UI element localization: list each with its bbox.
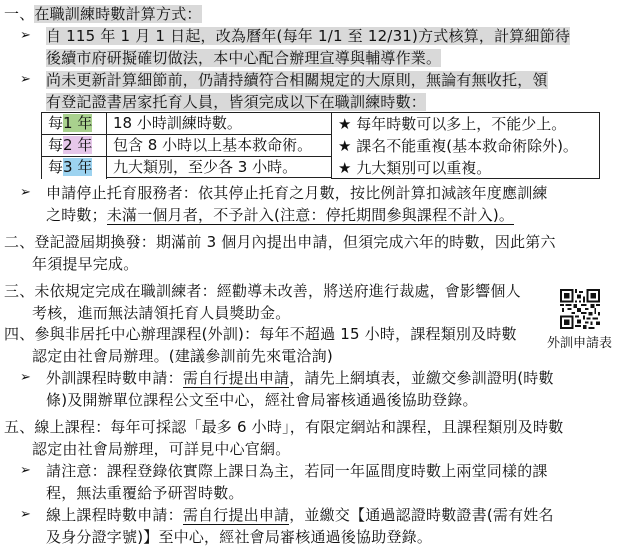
section-5-line: 認定由社會局辦理，可詳見中心官網。 [32, 438, 290, 460]
note-item: ★ 課名不能重複(基本救命術除外)。 [338, 135, 599, 157]
bullet-arrow-icon: ➢ [20, 504, 31, 526]
section-4-line: 認定由社會局辦理。(建議參訓前先來電洽詢) [32, 345, 333, 367]
section-4-line: 四、參與非居托中心辦理課程(外訓)：每年不超過 15 小時，課程類別及時數 [4, 323, 517, 345]
section-1-heading: 一、在職訓練時數計算方式： [4, 3, 202, 25]
section-2-line: 二、登記證屆期換發：期滿前 3 個月內提出申請，但須完成六年的時數，因此第六 [4, 231, 556, 253]
paragraph-line: 外訓課程時數申請：需自行提出申請，請先上網填表，並繳交參訓證明(時數 [46, 367, 554, 389]
paragraph-line: 申請停止托育服務者：依其停止托育之月數，按比例計算扣減該年度應訓練 [46, 182, 548, 204]
section-title: 在職訓練時數計算方式： [34, 5, 201, 23]
requirement-cell: 九大類別，至少各 3 小時。 [106, 156, 332, 178]
section-3-line: 三、未依規定完成在職訓練者：經勸導未改善，將送府進行裁處，會影響個人 [4, 280, 521, 302]
section-5-line: 五、線上課程：每年可採認「最多 6 小時」，有限定網站和課程，且課程類別及時數 [4, 416, 563, 438]
paragraph-line: 尚未更新計算細節前，仍請持續符合相關規定的大原則，無論有無收托，領 [46, 69, 548, 91]
years-cell: 每2 年 [41, 134, 107, 157]
years-cell: 每3 年 [41, 156, 107, 179]
paragraph-line: 之時數；未滿一個月者，不予計入(注意：停托期間參與課程不計入)。 [46, 204, 514, 226]
paragraph-line: 自 115 年 1 月 1 日起，改為曆年(每年 1/1 至 12/31)方式核… [46, 25, 570, 47]
paragraph-line: 有登記證書居家托育人員，皆須完成以下在職訓練時數： [46, 91, 426, 113]
paragraph-line: 後續市府研擬確切做法，本中心配合辦理宣導與輔導作業。 [46, 47, 441, 69]
bullet-arrow-icon: ➢ [20, 69, 31, 91]
paragraph-line: 條)及開辦單位課程公文至中心，經社會局審核通過後協助登錄。 [46, 389, 478, 411]
section-marker: 一、 [4, 5, 34, 23]
note-item: ★ 九大類別可以重複。 [338, 157, 599, 179]
bullet-arrow-icon: ➢ [20, 460, 31, 482]
paragraph-line: 請注意：課程登錄依實際上課日為主，若同一年區間度時數上兩堂同樣的課 [46, 460, 548, 482]
years-cell: 每1 年 [41, 112, 107, 135]
paragraph-line: 程，無法重覆給予研習時數。 [46, 482, 244, 504]
section-2-line: 年須提早完成。 [32, 253, 138, 275]
qr-code-icon[interactable] [560, 289, 600, 329]
section-3-line: 考核，進而無法請領托育人員獎助金。 [32, 302, 290, 324]
bullet-arrow-icon: ➢ [20, 367, 31, 389]
bullet-arrow-icon: ➢ [20, 182, 31, 204]
underlined-note: 未滿一個月者，不予計入(注意：停托期間參與課程不計入)。 [107, 206, 514, 225]
underlined-requirement: 需自行提出申請 [183, 369, 289, 388]
underlined-requirement: 需自行提出申請 [183, 506, 289, 525]
requirement-cell: 18 小時訓練時數。 [106, 112, 332, 135]
paragraph-line: 線上課程時數申請：需自行提出申請，並繳交【通過認證時數證書(需有姓名 [46, 504, 554, 526]
requirement-cell: 包含 8 小時以上基本救命術。 [106, 134, 332, 157]
notes-box: ★ 每年時數可以多上，不能少上。 ★ 課名不能重複(基本救命術除外)。 ★ 九大… [331, 112, 600, 179]
note-item: ★ 每年時數可以多上，不能少上。 [338, 113, 599, 135]
bullet-arrow-icon: ➢ [20, 25, 31, 47]
qr-code-label: 外訓申請表 [547, 332, 612, 351]
paragraph-line: 及身分證字號)】至中心，經社會局審核通過後協助登錄。 [46, 526, 432, 548]
